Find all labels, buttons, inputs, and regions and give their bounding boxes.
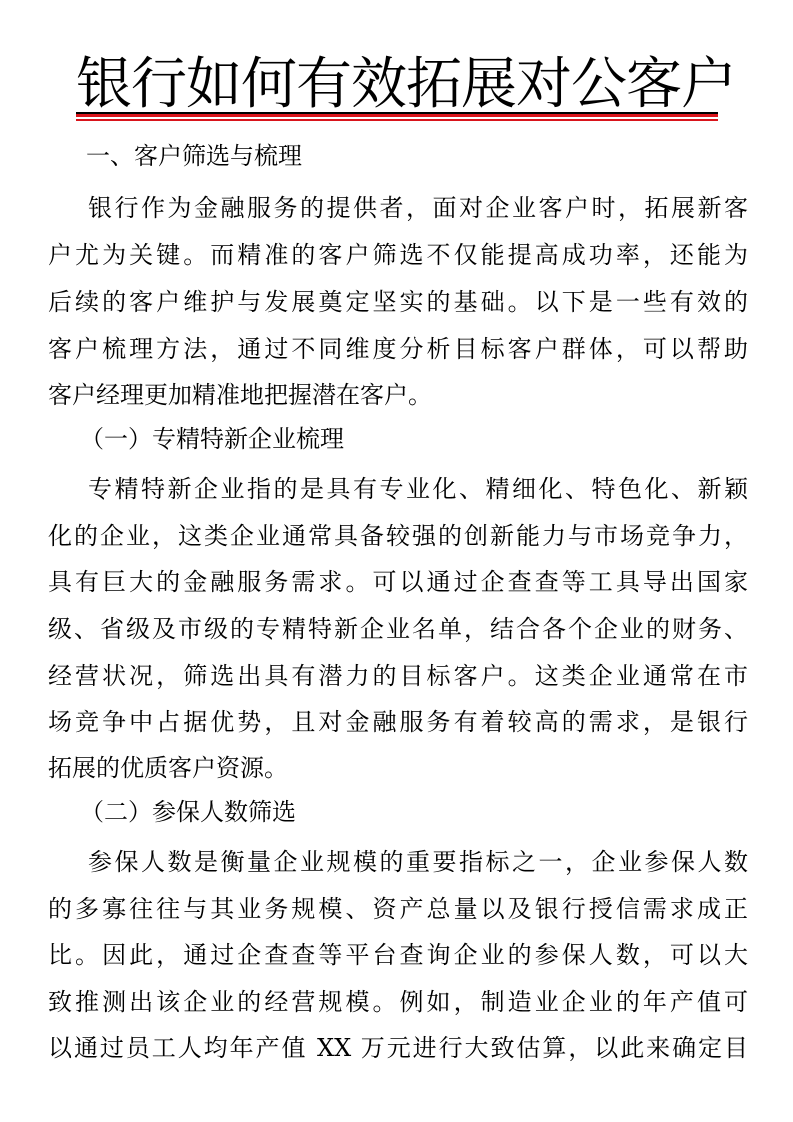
paragraph-line: 级、省级及市级的专精特新企业名单，结合各个企业的财务、 [48, 614, 748, 644]
paragraph-line: 户尤为关键。而精准的客户筛选不仅能提高成功率，还能为 [48, 240, 748, 270]
title-red-rule-thin [76, 119, 718, 121]
document-title: 银行如何有效拓展对公客户 [76, 56, 720, 114]
paragraph-line: 参保人数是衡量企业规模的重要指标之一，企业参保人数 [88, 847, 748, 877]
paragraph-line: 比。因此，通过企查查等平台查询企业的参保人数，可以大 [48, 940, 748, 970]
paragraph-line: 银行作为金融服务的提供者，面对企业客户时，拓展新客 [88, 193, 748, 223]
subsection-heading: （一）专精特新企业梳理 [80, 424, 344, 454]
paragraph-line: 后续的客户维护与发展奠定坚实的基础。以下是一些有效的 [48, 287, 748, 317]
paragraph-line: 专精特新企业指的是具有专业化、精细化、特色化、新颖 [88, 474, 748, 504]
paragraph-line: 以通过员工人均年产值 XX 万元进行大致估算，以此来确定目 [48, 1033, 748, 1063]
paragraph-line: 经营状况，筛选出具有潜力的目标客户。这类企业通常在市 [48, 661, 748, 691]
subsection-heading: （二）参保人数筛选 [80, 797, 296, 827]
paragraph-line: 拓展的优质客户资源。 [48, 753, 748, 783]
paragraph-line: 致推测出该企业的经营规模。例如，制造业企业的年产值可 [48, 987, 748, 1017]
paragraph-line: 客户梳理方法，通过不同维度分析目标客户群体，可以帮助 [48, 334, 748, 364]
paragraph-line: 场竞争中占据优势，且对金融服务有着较高的需求，是银行 [48, 707, 748, 737]
paragraph-line: 具有巨大的金融服务需求。可以通过企查查等工具导出国家 [48, 567, 748, 597]
paragraph-line: 的多寡往往与其业务规模、资产总量以及银行授信需求成正 [48, 894, 748, 924]
section-heading: 一、客户筛选与梳理 [86, 141, 302, 171]
document-page: 银行如何有效拓展对公客户 一、客户筛选与梳理 银行作为金融服务的提供者，面对企业… [0, 0, 793, 1122]
title-red-rule-thick [76, 114, 718, 117]
paragraph-line: 客户经理更加精准地把握潜在客户。 [48, 380, 748, 410]
paragraph-line: 化的企业，这类企业通常具备较强的创新能力与市场竞争力， [48, 521, 748, 551]
